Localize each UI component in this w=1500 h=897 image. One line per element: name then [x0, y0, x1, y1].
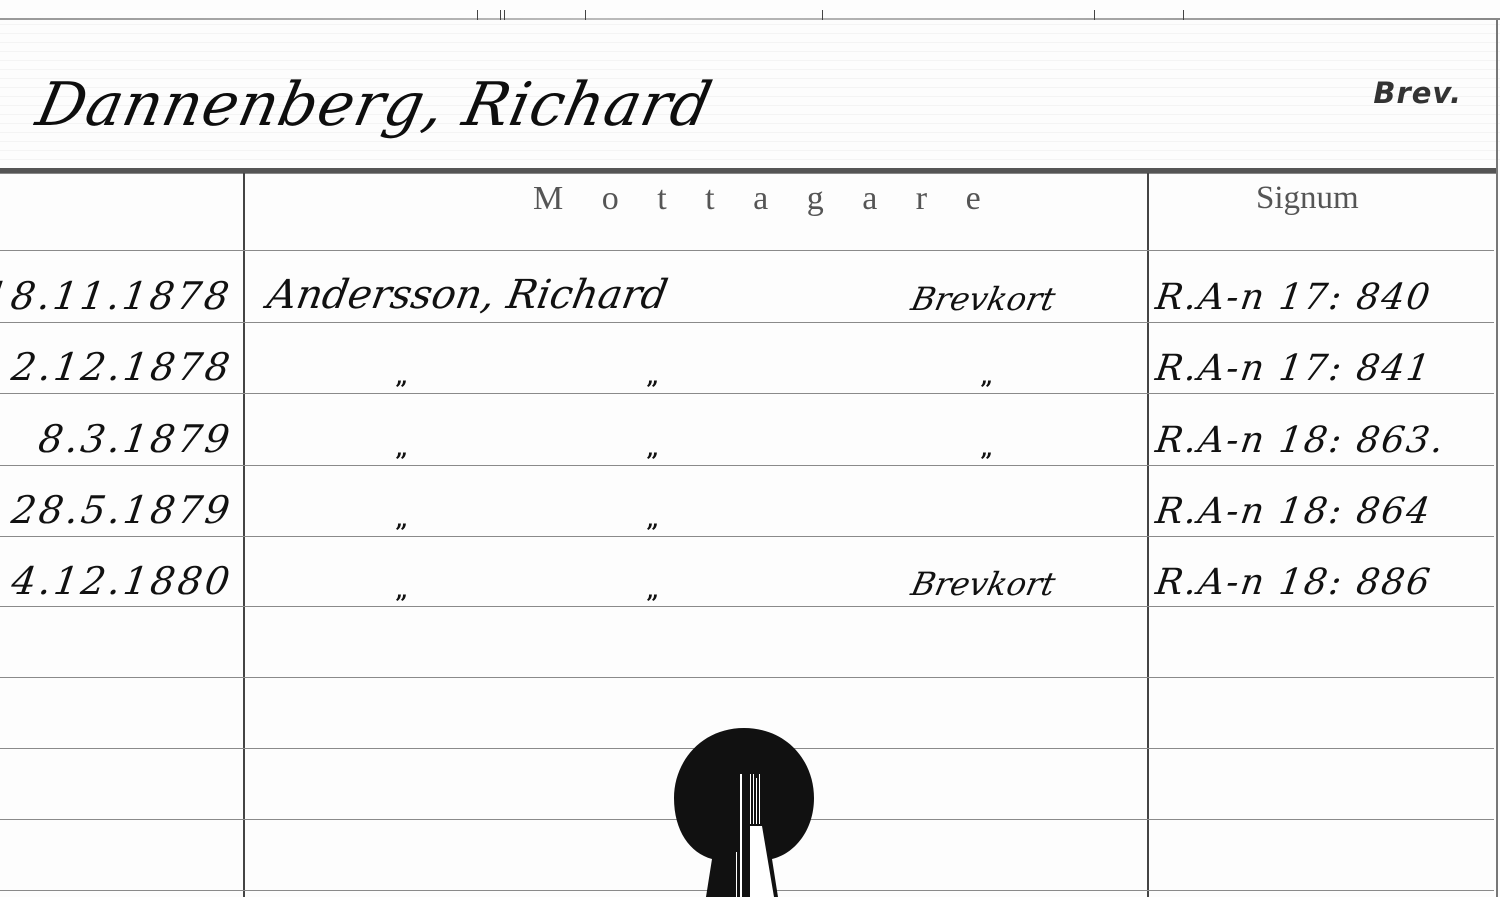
entry-date: 8.3.1879 — [36, 417, 235, 461]
entry-row: 18.11.1878 Andersson, Richard Brevkort R… — [0, 252, 1494, 322]
column-header-recipient: M o t t a g a r e — [533, 180, 996, 218]
card-right-edge — [1496, 20, 1498, 897]
entry-date: 2.12.1878 — [9, 345, 236, 389]
entry-date: 4.12.1880 — [9, 559, 236, 603]
card-person-name: Dannenberg, Richard — [31, 70, 719, 140]
entry-row: 28.5.1879 ” ” R.A-n 18: 864 — [0, 466, 1494, 536]
entry-row: 2.12.1878 ” ” ” R.A-n 17: 841 — [0, 323, 1494, 393]
keyhole-punch-icon — [672, 726, 816, 897]
entry-signum: R.A-n 17: 841 — [1153, 348, 1434, 389]
ditto-mark-surname: ” — [395, 591, 408, 617]
card-type-label: Brev. — [1373, 76, 1462, 110]
archive-index-card: Dannenberg, Richard Brev. M o t t a g a … — [0, 0, 1500, 897]
ruled-line — [0, 393, 1494, 394]
entry-date: 28.5.1879 — [9, 488, 236, 532]
entry-row: 8.3.1879 ” ” ” R.A-n 18: 863. — [0, 395, 1494, 465]
entry-kind: Brevkort — [908, 565, 1059, 603]
entry-signum: R.A-n 18: 886 — [1153, 562, 1434, 603]
entry-signum: R.A-n 18: 864 — [1153, 491, 1434, 532]
ruled-line — [0, 677, 1494, 678]
entry-kind: Brevkort — [908, 280, 1059, 318]
card-top-edge — [0, 18, 1500, 20]
header-divider — [0, 168, 1496, 174]
ditto-mark-forename: ” — [646, 591, 659, 617]
column-header-signum: Signum — [1256, 180, 1359, 217]
entry-signum: R.A-n 18: 863. — [1153, 420, 1448, 461]
entry-row: 4.12.1880 ” ” Brevkort R.A-n 18: 886 — [0, 537, 1494, 607]
ruled-line — [0, 250, 1494, 251]
entry-signum: R.A-n 17: 840 — [1153, 277, 1434, 318]
entry-recipient: Andersson, Richard — [264, 272, 671, 318]
entry-date: 18.11.1878 — [0, 274, 235, 318]
